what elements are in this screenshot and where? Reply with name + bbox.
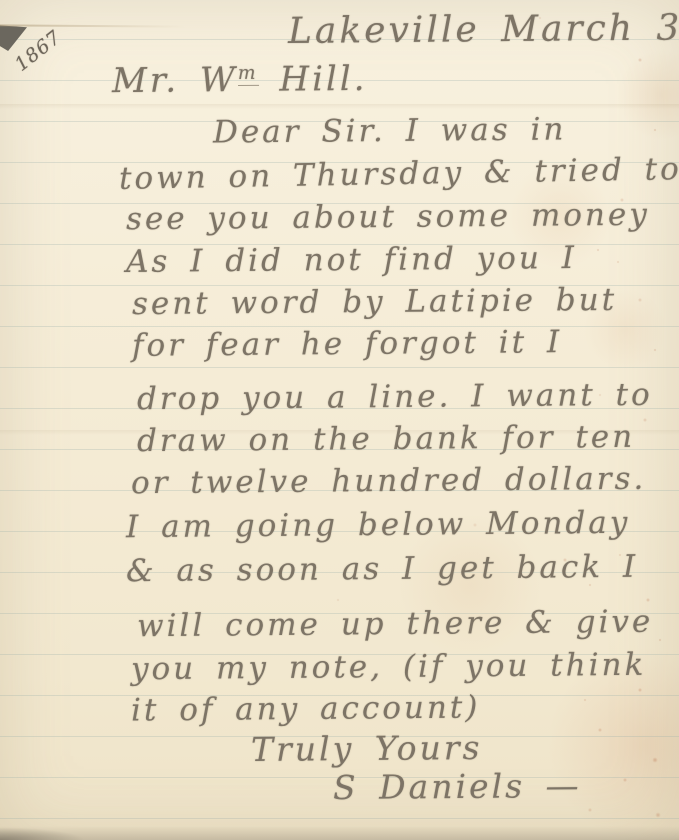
body-line-7: draw on the bank for ten: [137, 419, 635, 461]
body-line-2: see you about some money: [126, 197, 650, 239]
body-line-4: sent word by Latipie but: [132, 282, 617, 323]
body-line-6: drop you a line. I want to: [137, 377, 653, 419]
closing-line: Truly Yours: [251, 728, 483, 770]
body-line-10: & as soon as I get back I: [126, 549, 638, 591]
dateline: Lakeville March 30th: [288, 6, 679, 53]
letter-page: 1867 Lakeville March 30th Mr. Wm Hill. D…: [0, 0, 679, 840]
body-line-8: or twelve hundred dollars.: [131, 461, 647, 503]
body-line-13: it of any account): [131, 689, 481, 729]
body-line-12: you my note, (if you think: [131, 647, 647, 689]
recipient-abbreviation: m: [238, 63, 259, 86]
bottom-edge-shadow: [0, 826, 679, 840]
salutation-line: Dear Sir. I was in: [213, 111, 567, 151]
body-line-5: for fear he forgot it I: [132, 324, 563, 365]
body-line-9: I am going below Monday: [126, 505, 631, 547]
signature-line: S Daniels —: [333, 766, 582, 808]
fold-crease-top: [0, 104, 679, 109]
recipient-line: Mr. Wm Hill.: [112, 59, 368, 102]
dateline-text: Lakeville March 30: [288, 7, 679, 52]
recipient-text: Mr. W: [112, 60, 238, 101]
body-line-3: As I did not find you I: [126, 240, 577, 281]
recipient-surname: Hill.: [258, 59, 367, 100]
body-line-11: will come up there & give: [137, 604, 654, 646]
